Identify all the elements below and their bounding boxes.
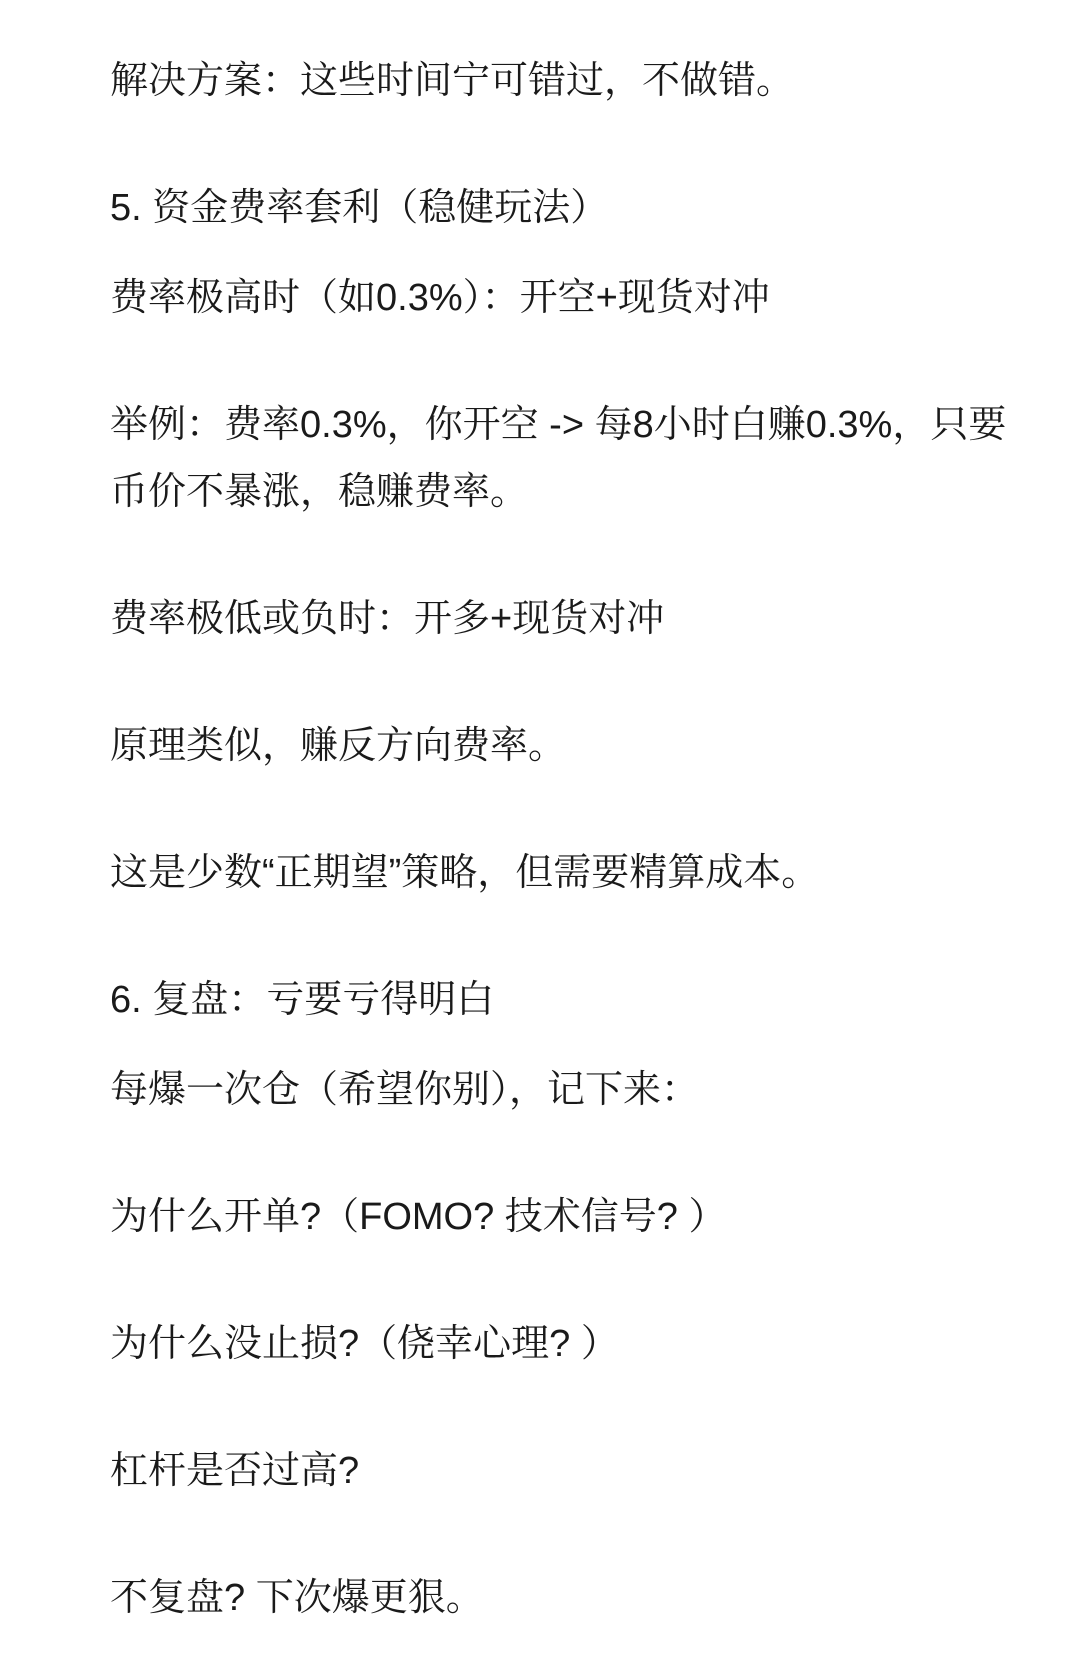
article-body: 解决方案：这些时间宁可错过，不做错。 5. 资金费率套利（稳健玩法） 费率极高时… <box>0 0 1080 1632</box>
no-review-warning-line: 不复盘? 下次爆更狠。 <box>110 1565 1040 1632</box>
text-line: 为什么开单?（FOMO? 技术信号? ） <box>110 1196 727 1238</box>
record-intro-line: 每爆一次仓（希望你别），记下来： <box>110 1057 1040 1124</box>
heading-text: 6. 复盘：亏要亏得明白 <box>110 979 494 1021</box>
section-6-heading: 6. 复盘：亏要亏得明白 <box>110 967 1040 1034</box>
text-line: 杠杆是否过高? <box>110 1450 359 1492</box>
low-funding-rate-line: 费率极低或负时：开多+现货对冲 <box>110 586 1040 653</box>
section-5-heading: 5. 资金费率套利（稳健玩法） <box>110 175 1040 242</box>
solution-line: 解决方案：这些时间宁可错过，不做错。 <box>110 48 1040 115</box>
text-line: 为什么没止损?（侥幸心理? ） <box>110 1323 619 1365</box>
why-open-order-line: 为什么开单?（FOMO? 技术信号? ） <box>110 1184 1040 1251</box>
text-line: 费率极高时（如0.3%）：开空+现货对冲 <box>110 277 770 319</box>
text-line: 费率极低或负时：开多+现货对冲 <box>110 598 664 640</box>
text-line: 币价不暴涨，稳赚费率。 <box>110 459 1040 526</box>
text-line: 举例：费率0.3%，你开空 -> 每8小时白赚0.3%，只要 <box>110 392 1040 459</box>
text-line: 这是少数“正期望”策略，但需要精算成本。 <box>110 852 819 894</box>
principle-line: 原理类似，赚反方向费率。 <box>110 713 1040 780</box>
why-no-stoploss-line: 为什么没止损?（侥幸心理? ） <box>110 1311 1040 1378</box>
text-line: 不复盘? 下次爆更狠。 <box>110 1577 484 1619</box>
text-line: 解决方案：这些时间宁可错过，不做错。 <box>110 60 794 102</box>
positive-expectancy-line: 这是少数“正期望”策略，但需要精算成本。 <box>110 840 1040 907</box>
example-paragraph: 举例：费率0.3%，你开空 -> 每8小时白赚0.3%，只要 币价不暴涨，稳赚费… <box>110 392 1040 526</box>
high-funding-rate-line: 费率极高时（如0.3%）：开空+现货对冲 <box>110 265 1040 332</box>
text-line: 原理类似，赚反方向费率。 <box>110 725 566 767</box>
leverage-question-line: 杠杆是否过高? <box>110 1438 1040 1505</box>
text-line: 每爆一次仓（希望你别），记下来： <box>110 1069 699 1111</box>
heading-text: 5. 资金费率套利（稳健玩法） <box>110 187 608 229</box>
